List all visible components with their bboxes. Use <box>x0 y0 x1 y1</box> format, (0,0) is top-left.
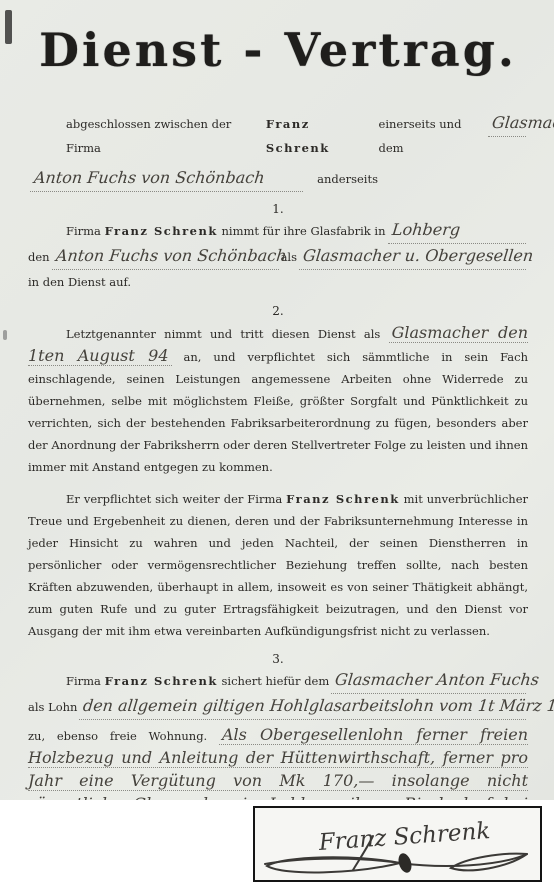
intro-text-before-firm: abgeschlossen zwischen der Firma <box>66 112 262 160</box>
fill-in-worker-role: Glasmacher u. Obergesellen <box>299 244 526 270</box>
signature-name-text: Franz Schrenk <box>317 818 491 856</box>
section-3-als-lohn: als Lohn <box>28 695 77 719</box>
fill-in-factory-location: Lohberg <box>388 218 527 244</box>
firm-name: Franz Schrenk <box>286 492 400 506</box>
section-2-paragraph-2: Er verpflichtet sich weiter der Firma Fr… <box>28 488 528 642</box>
fill-in-wage: den allgemein giltigen Hohlglasarbeitslo… <box>79 694 526 720</box>
scan-artifact <box>5 10 12 44</box>
section-2-p2-after-firm: mit unverbrüchlicher Treue und Ergebenhe… <box>28 492 528 638</box>
section-3-line-2: als Lohn den allgemein giltigen Hohlglas… <box>28 694 528 720</box>
section-3-zu: zu, ebenso freie Wohnung. <box>28 729 207 743</box>
section-2-p1-rest: an, und verpflichtet sich sämmtliche in … <box>28 350 528 474</box>
section-3-number: 3. <box>28 652 528 666</box>
intro-line-1: abgeschlossen zwischen der Firma Franz S… <box>28 111 528 160</box>
handwritten-party-name: Anton Fuchs von Schönbach <box>33 166 266 190</box>
handwritten-party-role: Glasmacher <box>491 111 554 135</box>
fill-in-worker-name: Anton Fuchs von Schönbach <box>52 244 279 270</box>
section-2-p1-start: Letztgenannter nimmt und tritt diesen Di… <box>66 327 380 341</box>
section-3-line-1: Firma Franz Schrenk sichert hiefür dem G… <box>28 668 528 694</box>
section-3-text: sichert hiefür dem <box>221 669 329 693</box>
firm-name: Franz Schrenk <box>266 112 375 160</box>
document-page: Dienst - Vertrag. abgeschlossen zwischen… <box>0 0 554 889</box>
section-1-text: nimmt für ihre Glasfabrik in <box>221 219 385 243</box>
signature-box: Franz Schrenk <box>253 806 542 882</box>
section-3-terms-paragraph: zu, ebenso freie Wohnung. Als Obergesell… <box>28 724 528 800</box>
signature-ink-blot <box>396 852 414 875</box>
handwritten-wage-recipient: Glasmacher Anton Fuchs <box>334 668 541 692</box>
handwritten-wage: den allgemein giltigen Hohlglasarbeitslo… <box>82 694 554 718</box>
section-1-number: 1. <box>28 202 528 216</box>
firm-name: Franz Schrenk <box>105 219 218 243</box>
signature-strip: Franz Schrenk <box>0 800 554 889</box>
section-2-number: 2. <box>28 304 528 318</box>
handwritten-worker-role: Glasmacher u. Obergesellen <box>302 244 535 268</box>
section-3-firma-label: Firma <box>66 669 101 693</box>
section-1-line-1: Firma Franz Schrenk nimmt für ihre Glasf… <box>28 218 528 244</box>
fill-in-wage-recipient: Glasmacher Anton Fuchs <box>331 668 526 694</box>
intro-line-2: Anton Fuchs von Schönbach anderseits <box>28 166 528 192</box>
scanned-contract: Dienst - Vertrag. abgeschlossen zwischen… <box>0 0 554 800</box>
section-2-paragraph-1: Letztgenannter nimmt und tritt diesen Di… <box>28 322 528 478</box>
firm-name: Franz Schrenk <box>105 669 218 693</box>
section-1-line-2: den Anton Fuchs von Schönbach als Glasma… <box>28 244 528 270</box>
section-1-den: den <box>28 245 50 269</box>
section-1-closing: in den Dienst auf. <box>28 270 528 294</box>
section-1-firma-label: Firma <box>66 219 101 243</box>
scan-artifact <box>3 330 7 340</box>
intro-text-after-firm: einerseits und dem <box>379 112 486 160</box>
handwritten-worker-name: Anton Fuchs von Schönbach <box>54 244 287 268</box>
fill-in-party-name: Anton Fuchs von Schönbach <box>30 166 303 192</box>
section-2-p2-before-firm: Er verpflichtet sich weiter der Firma <box>66 492 282 506</box>
intro-anderseits: anderseits <box>317 167 378 191</box>
fill-in-party-role: Glasmacher <box>488 111 526 137</box>
handwritten-location: Lohberg <box>390 218 461 242</box>
document-title: Dienst - Vertrag. <box>28 24 528 77</box>
franz-schrenk-signature: Franz Schrenk <box>255 808 540 880</box>
